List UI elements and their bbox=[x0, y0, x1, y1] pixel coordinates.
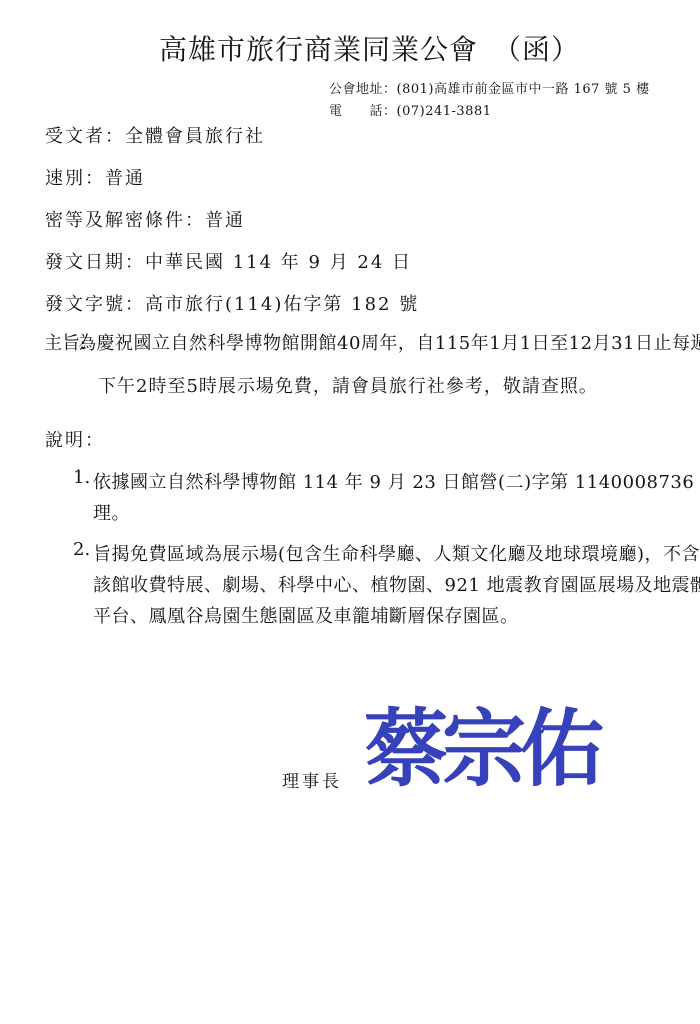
field-issue-date: 發文日期：中華民國 114 年 9 月 24 日 bbox=[45, 253, 412, 273]
contact-address-value: (801)高雄市前金區市中一路 167 號 5 樓 bbox=[397, 82, 650, 97]
explanation-item-1-line-2: 理。 bbox=[93, 498, 700, 529]
subject-text-line-2: 下午2時至5時展示場免費，請會員旅行社參考，敬請查照。 bbox=[98, 372, 598, 398]
chairman-signature: 蔡宗佑 bbox=[364, 694, 598, 804]
contact-phone-label: 電 話： bbox=[329, 104, 397, 119]
field-issue-date-label: 發文日期： bbox=[45, 252, 145, 273]
contact-phone-line: 電 話：(07)241-3881 bbox=[329, 101, 650, 123]
signature-role-label: 理事長 bbox=[282, 767, 342, 792]
explanation-item-1-number: 1. bbox=[73, 467, 90, 488]
field-speed-label: 速別： bbox=[45, 168, 105, 189]
field-reference-number-label: 發文字號： bbox=[45, 294, 145, 315]
field-security-label: 密等及解密條件： bbox=[45, 210, 205, 231]
field-reference-number-value: 高市旅行(114)佑字第 182 號 bbox=[145, 294, 419, 315]
field-speed: 速別：普通 bbox=[45, 169, 145, 189]
contact-address-line: 公會地址：(801)高雄市前金區市中一路 167 號 5 樓 bbox=[329, 79, 650, 101]
explanation-item-2-line-2: 該館收費特展、劇場、科學中心、植物園、921 地震教育園區展場及地震體驗 bbox=[93, 570, 700, 601]
explanation-item-2-line-3: 平台、鳳凰谷鳥園生態園區及車籠埔斷層保存園區。 bbox=[93, 601, 700, 632]
explanation-heading: 說明： bbox=[45, 426, 105, 452]
contact-address-label: 公會地址： bbox=[329, 82, 397, 97]
field-reference-number: 發文字號：高市旅行(114)佑字第 182 號 bbox=[45, 295, 419, 315]
explanation-item-2-line-1: 旨揭免費區域為展示場(包含生命科學廳、人類文化廳及地球環境廳)，不含 bbox=[93, 539, 700, 570]
field-recipient-value: 全體會員旅行社 bbox=[125, 126, 265, 147]
official-letter-page: 高雄市旅行商業同業公會 （函） 公會地址：(801)高雄市前金區市中一路 167… bbox=[0, 0, 700, 1024]
subject-text-line-1: 為慶祝國立自然科學博物館開館40周年，自115年1月1日至12月31日止每週五 bbox=[78, 329, 700, 355]
field-speed-value: 普通 bbox=[105, 168, 145, 189]
field-security: 密等及解密條件：普通 bbox=[45, 211, 245, 231]
explanation-item-2-number: 2. bbox=[73, 539, 90, 560]
document-title: 高雄市旅行商業同業公會 （函） bbox=[159, 28, 580, 68]
field-security-value: 普通 bbox=[205, 210, 245, 231]
contact-block: 公會地址：(801)高雄市前金區市中一路 167 號 5 樓 電 話：(07)2… bbox=[329, 79, 650, 123]
explanation-item-2-text: 旨揭免費區域為展示場(包含生命科學廳、人類文化廳及地球環境廳)，不含 該館收費特… bbox=[93, 539, 700, 632]
field-recipient: 受文者：全體會員旅行社 bbox=[45, 127, 265, 147]
contact-phone-value: (07)241-3881 bbox=[397, 104, 492, 119]
field-issue-date-value: 中華民國 114 年 9 月 24 日 bbox=[145, 252, 412, 273]
field-recipient-label: 受文者： bbox=[45, 126, 125, 147]
explanation-item-1-text: 依據國立自然科學博物館 114 年 9 月 23 日館營(二)字第 114000… bbox=[93, 467, 700, 529]
explanation-item-1-line-1: 依據國立自然科學博物館 114 年 9 月 23 日館營(二)字第 114000… bbox=[93, 467, 700, 498]
